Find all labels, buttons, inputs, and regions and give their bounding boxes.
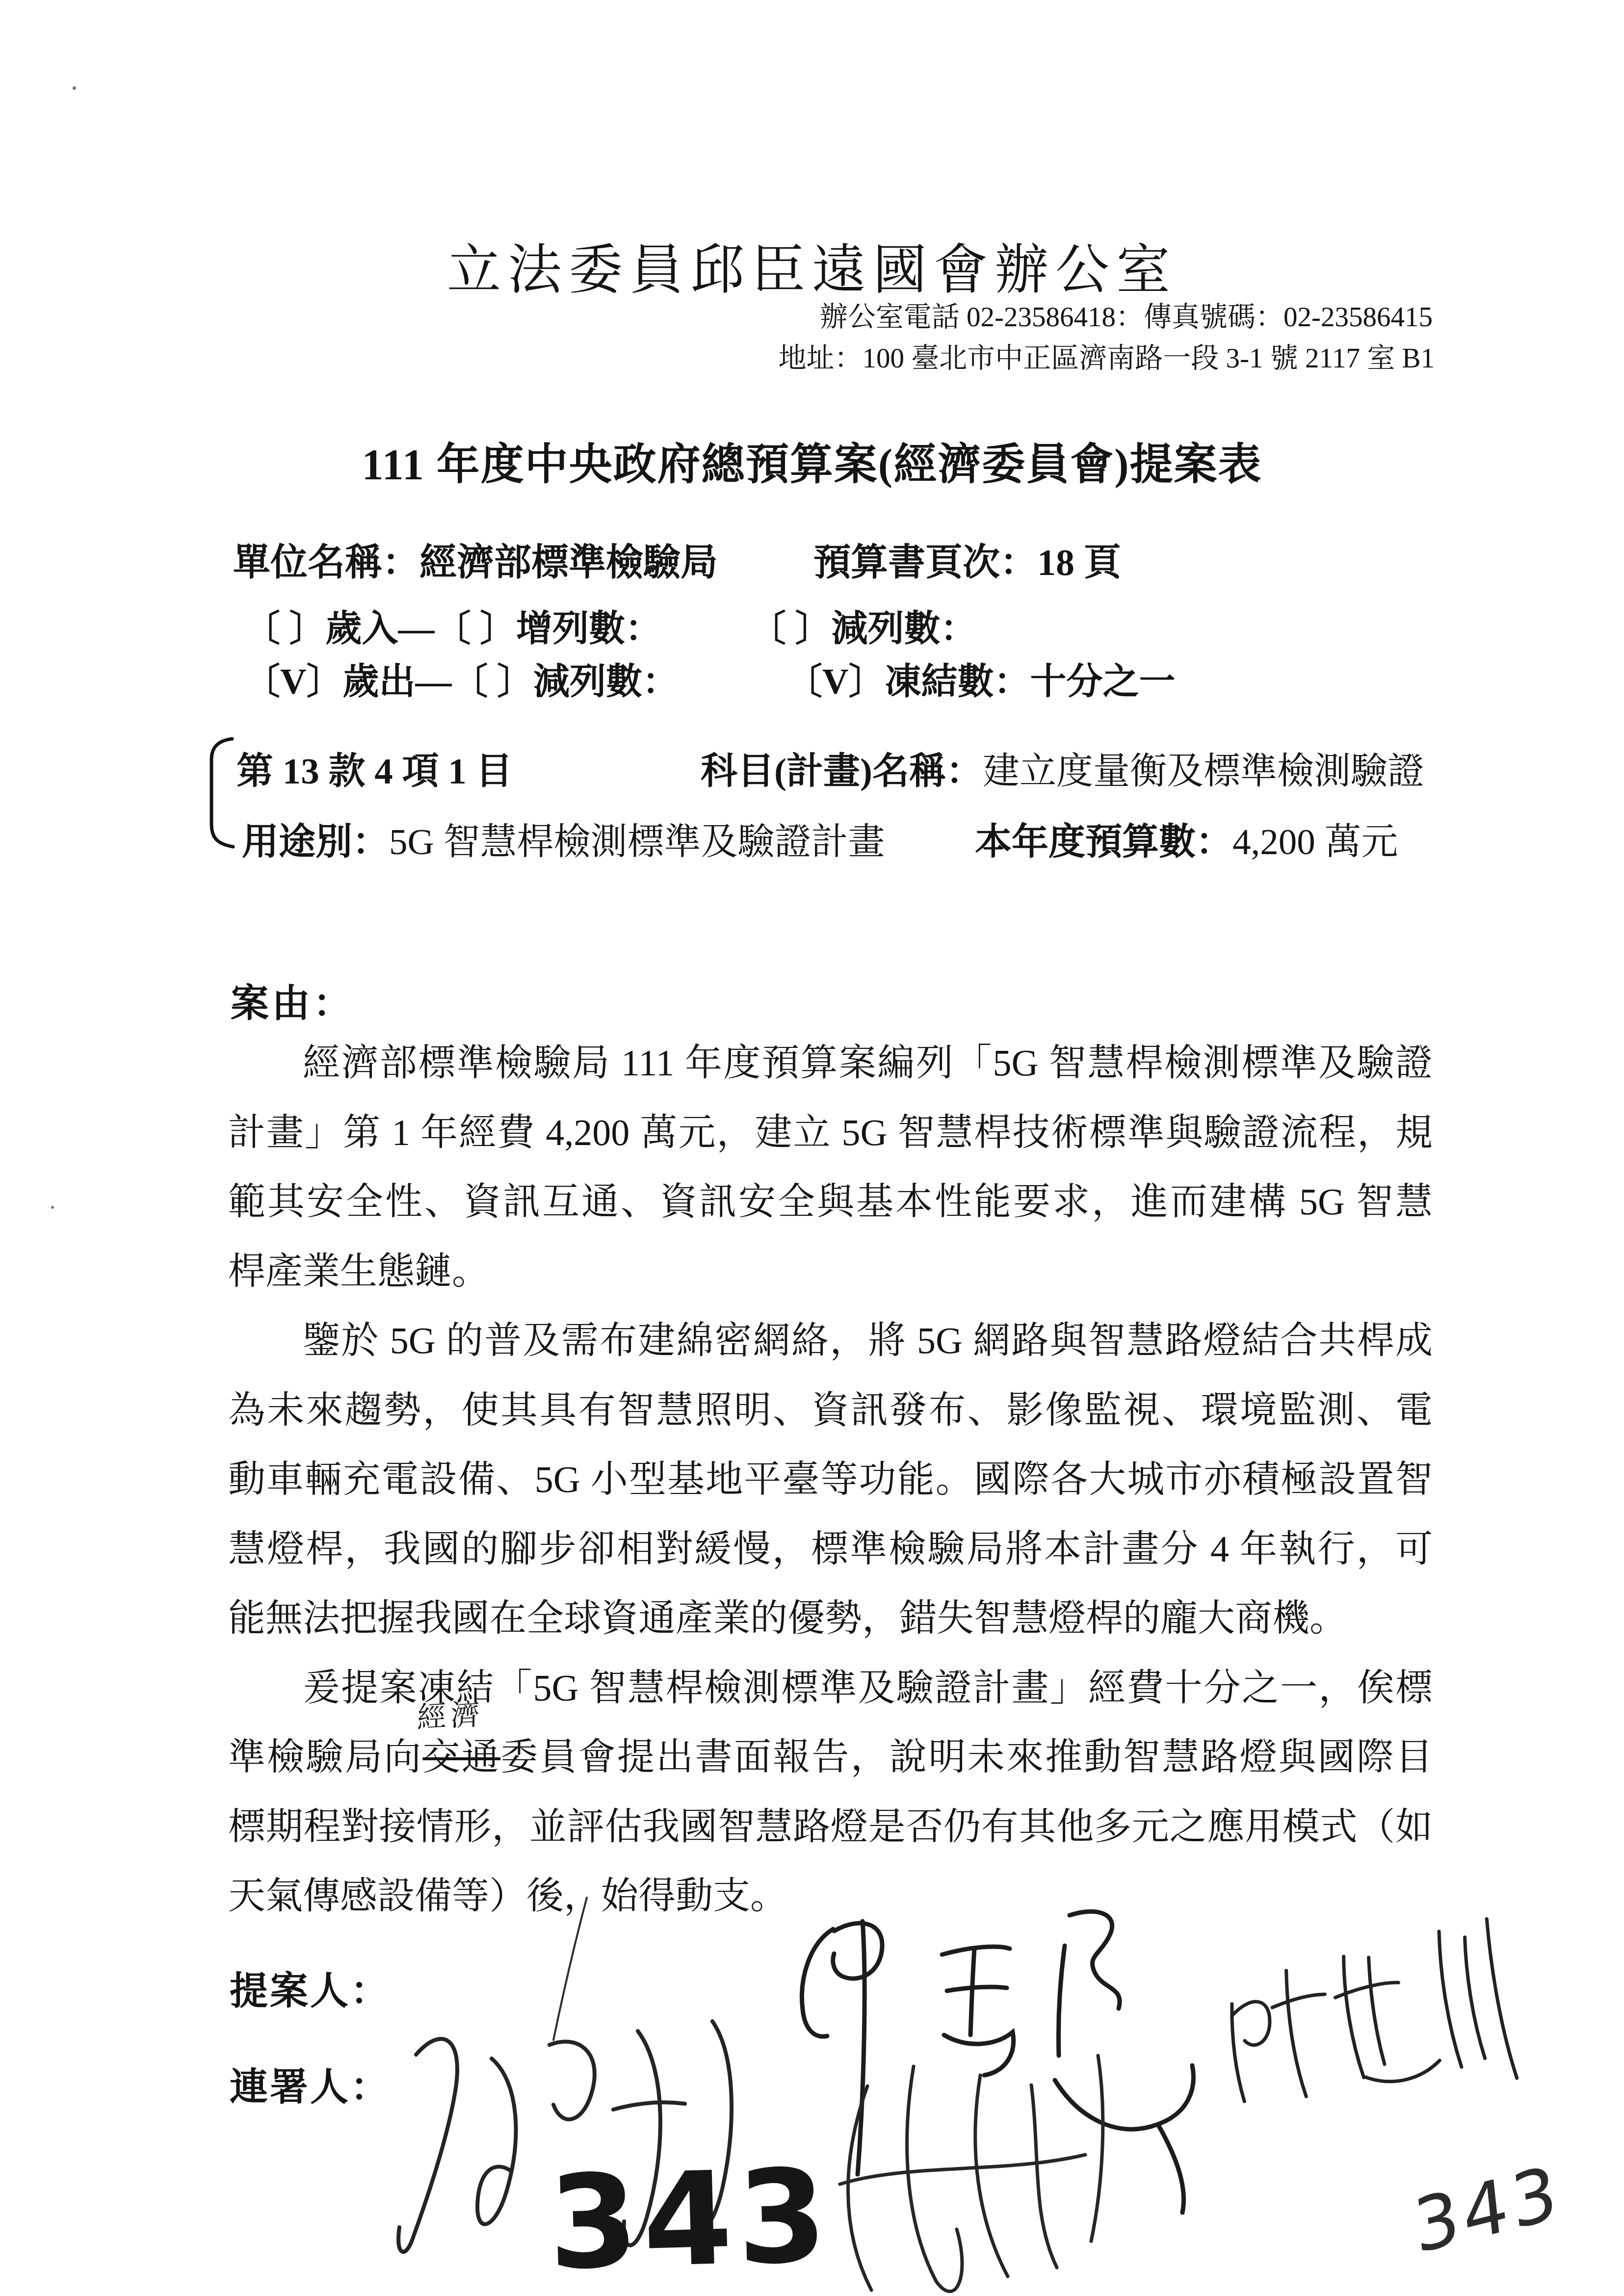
subject-label: 科目(計畫)名稱：	[701, 751, 983, 792]
case-line-7: 動車輛充電設備、5G 小型基地平臺等功能。國際各大城市亦積極設置智	[228, 1460, 1433, 1500]
case-line-6: 為未來趨勢，使其具有智慧照明、資訊發布、影像監視、環境監測、電	[228, 1390, 1433, 1431]
budget-clause: 第 13 款 4 項 1 目	[236, 742, 513, 794]
budget-usage: 用途別：5G 智慧桿檢測標準及驗證計畫	[242, 812, 885, 865]
case-line-9: 能無法把握我國在全球資通產業的優勢，錯失智慧燈桿的龐大商機。	[228, 1598, 1433, 1639]
amount-label: 本年度預算數：	[975, 822, 1232, 862]
case-line-2: 計畫」第 1 年經費 4,200 萬元，建立 5G 智慧桿技術標準與驗證流程，規	[228, 1113, 1433, 1153]
scan-speck	[73, 86, 76, 90]
signature-chen-chao-ming	[1220, 1918, 1517, 2121]
pen-stroke	[553, 1898, 587, 2040]
office-address: 地址：100 臺北市中正區濟南路一段 3-1 號 2117 室 B1	[779, 336, 1435, 376]
office-title: 立法委員邱臣遠國會辦公室	[0, 227, 1624, 304]
budget-amount: 本年度預算數：4,200 萬元	[975, 812, 1398, 865]
unit-name-label: 單位名稱：	[233, 542, 419, 583]
budget-pages-label: 預算書頁次：	[813, 542, 1037, 583]
case-line-3: 範其安全性、資訊互通、資訊安全與基本性能要求，進而建構 5G 智慧	[228, 1182, 1433, 1222]
document-title: 111 年度中央政府總預算案(經濟委員會)提案表	[0, 430, 1624, 492]
revenue-increase-checkboxes: 〔 〕歲入—〔 〕增列數：	[244, 609, 661, 649]
case-line-10: 爰提案凍結「5G 智慧桿檢測標準及驗證計畫」經費十分之一，俟標	[228, 1668, 1433, 1708]
scanned-proposal-document: 立法委員邱臣遠國會辦公室 辦公室電話 02-23586418：傳真號碼：02-2…	[0, 0, 1624, 2296]
office-phone-fax: 辦公室電話 02-23586418：傳真號碼：02-23586415	[820, 294, 1433, 335]
amount-value: 4,200 萬元	[1232, 822, 1398, 862]
handwritten-number-center: 343	[547, 2141, 834, 2296]
handwritten-correction: 經濟	[417, 1691, 484, 1736]
checkbox-row-revenue: 〔 〕歲入—〔 〕增列數：〔 〕減列數：	[244, 600, 977, 652]
expenditure-decrease-checkboxes: 〔V〕歲出—〔 〕減列數：	[244, 662, 679, 702]
left-brace	[204, 735, 236, 851]
budget-subject: 科目(計畫)名稱：建立度量衡及標準檢測驗證	[701, 742, 1424, 794]
freeze-amount-checkbox: 〔V〕凍結數：十分之一	[804, 662, 1175, 702]
case-line-1: 經濟部標準檢驗局 111 年度預算案編列「5G 智慧桿檢測標準及驗證	[228, 1043, 1433, 1083]
budget-pages-value: 18 頁	[1037, 542, 1121, 583]
checkbox-row-expenditure: 〔V〕歲出—〔 〕減列數：〔V〕凍結數：十分之一	[244, 652, 1175, 704]
case-heading: 案由：	[231, 973, 354, 1028]
case-line-5: 鑒於 5G 的普及需布建綿密網絡，將 5G 網路與智慧路燈結合共桿成	[228, 1321, 1433, 1361]
case-line-4: 桿產業生態鏈。	[228, 1252, 1433, 1292]
subject-value: 建立度量衡及標準檢測驗證	[983, 751, 1424, 792]
unit-name-value: 經濟部標準檢驗局	[419, 542, 718, 583]
revenue-decrease-checkbox: 〔 〕減列數：	[768, 609, 977, 649]
usage-value: 5G 智慧桿檢測標準及驗證計畫	[389, 822, 885, 862]
signatures-layer	[343, 1756, 1580, 2296]
scan-speck	[51, 1206, 54, 1209]
unit-page-row: 單位名稱：經濟部標準檢驗局預算書頁次：18 頁	[233, 532, 1121, 586]
usage-label: 用途別：	[242, 822, 389, 862]
case-line-8: 慧燈桿，我國的腳步卻相對緩慢，標準檢驗局將本計畫分 4 年執行，可	[228, 1529, 1433, 1569]
